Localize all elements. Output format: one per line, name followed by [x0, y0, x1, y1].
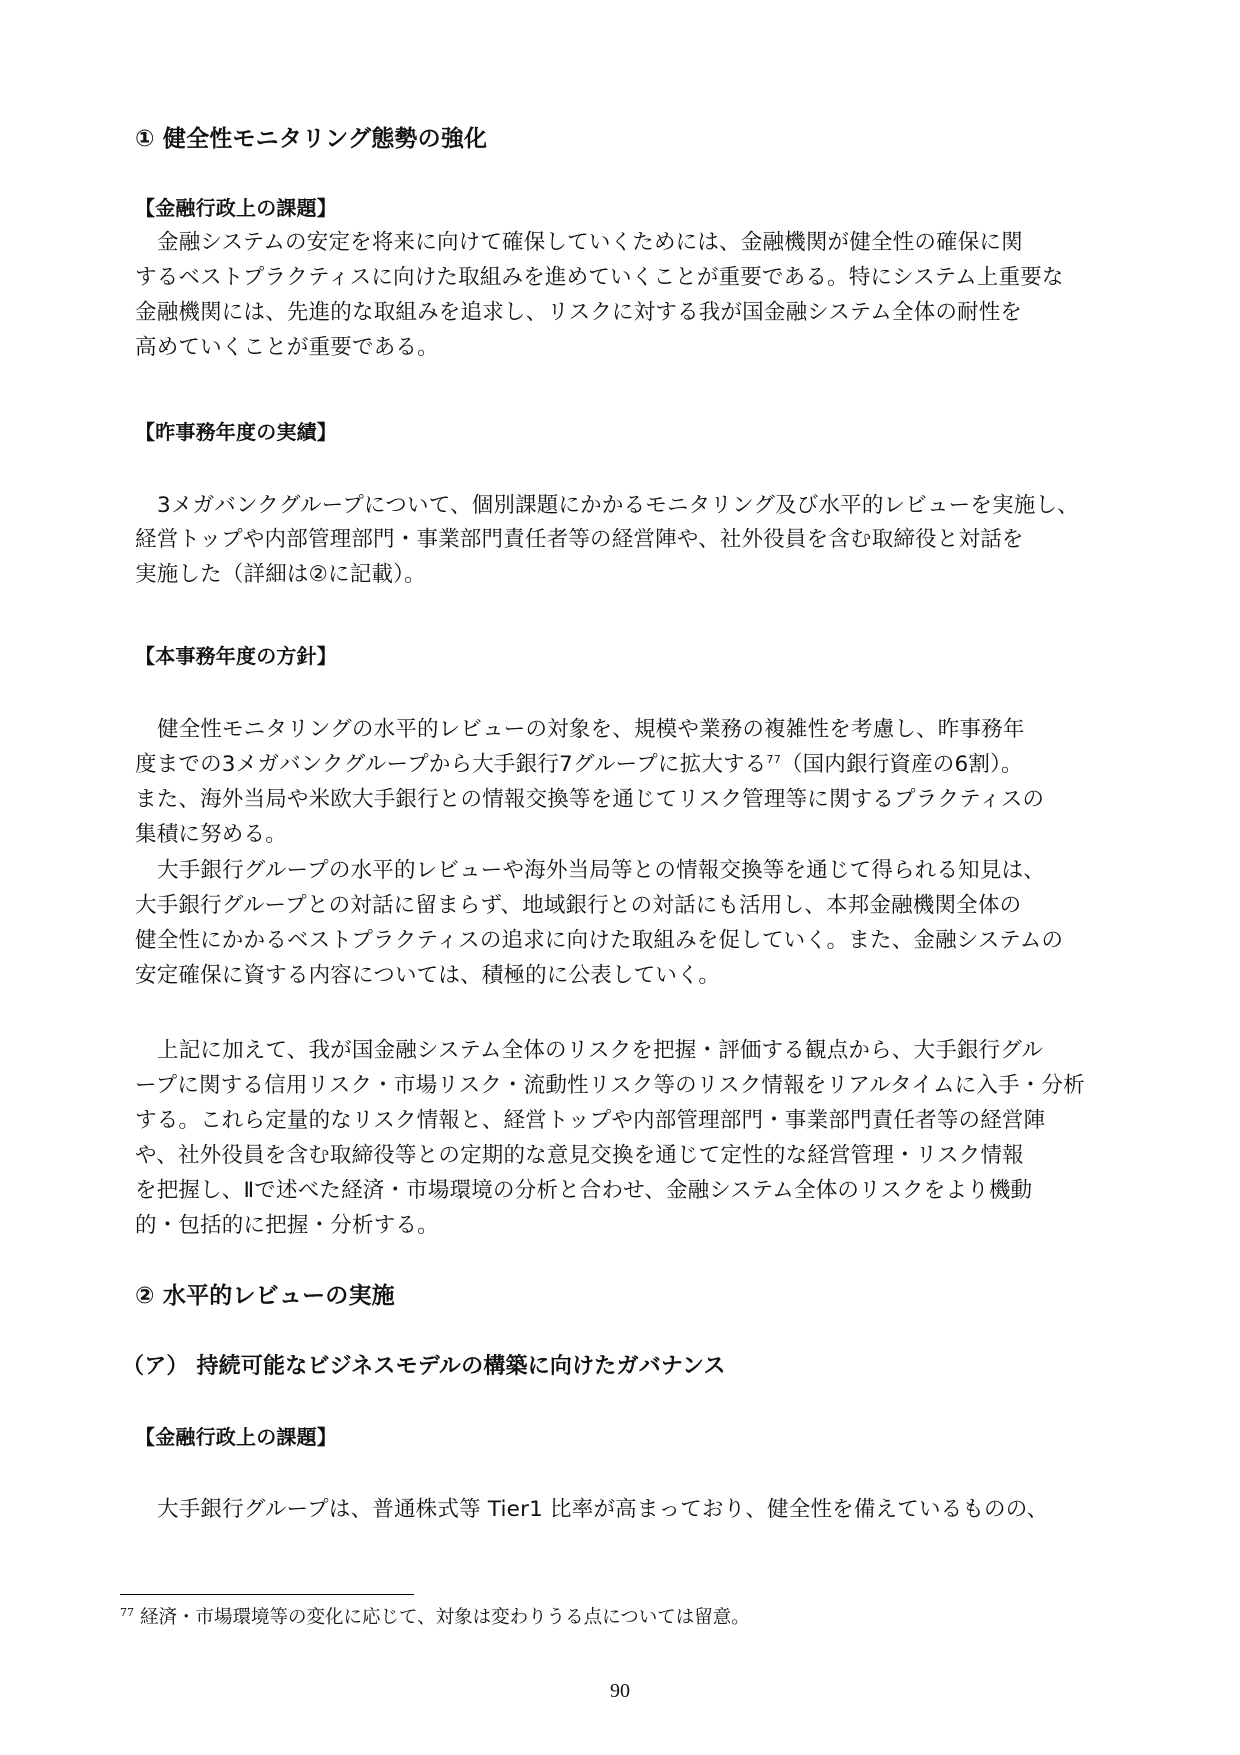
paragraph-line: ープに関する信用リスク・市場リスク・流動性リスク等のリスク情報をリアルタイムに入… [135, 1071, 1085, 1101]
sub-heading: （ア） 持続可能なビジネスモデルの構築に向けたガバナンス [122, 1352, 726, 1382]
paragraph-line: 大手銀行グループの水平的レビューや海外当局等との情報交換等を通じて得られる知見は… [157, 856, 1045, 886]
paragraph-line: 金融システムの安定を将来に向けて確保していくためには、金融機関が健全性の確保に関 [157, 228, 1023, 258]
paragraph-line: 上記に加えて、我が国金融システム全体のリスクを把握・評価する観点から、大手銀行グ… [157, 1036, 1043, 1066]
footnote-divider [120, 1594, 414, 1595]
paragraph-line: 安定確保に資する内容については、積極的に公表していく。 [135, 961, 720, 991]
paragraph-line: するベストプラクティスに向けた取組みを進めていくことが重要である。特にシステム上… [135, 263, 1064, 293]
paragraph-line: や、社外役員を含む取締役等との定期的な意見交換を通じて定性的な経営管理・リスク情… [135, 1141, 1024, 1171]
footnote: 77経済・市場環境等の変化に応じて、対象は変わりうる点については留意。 [120, 1605, 750, 1631]
line-text: （国内銀行資産の6割）。 [781, 752, 1023, 777]
paragraph-line: 金融機関には、先進的な取組みを追求し、リスクに対する我が国金融システム全体の耐性… [135, 298, 1022, 328]
subsection-label: 【金融行政上の課題】 [135, 1422, 337, 1452]
subsection-label: 【金融行政上の課題】 [135, 193, 337, 223]
paragraph-line: 大手銀行グループとの対話に留まらず、地域銀行との対話にも活用し、本邦金融機関全体… [135, 891, 1021, 921]
paragraph-line: 大手銀行グループは、普通株式等 Tier1 比率が高まっており、健全性を備えてい… [157, 1495, 1048, 1525]
page-number: 90 [600, 1680, 640, 1703]
paragraph-line: 実施した（詳細は②に記載）。 [135, 560, 426, 590]
paragraph-line: また、海外当局や米欧大手銀行との情報交換等を通じてリスク管理等に関するプラクティ… [135, 785, 1044, 815]
paragraph-line: 的・包括的に把握・分析する。 [135, 1211, 439, 1241]
paragraph-line: 高めていくことが重要である。 [135, 333, 439, 363]
subsection-label: 【昨事務年度の実績】 [135, 417, 337, 447]
footnote-text: 経済・市場環境等の変化に応じて、対象は変わりうる点については留意。 [140, 1607, 750, 1628]
paragraph-line: する。これら定量的なリスク情報と、経営トップや内部管理部門・事業部門責任者等の経… [135, 1106, 1045, 1136]
paragraph-line: 3メガバンクグループについて、個別課題にかかるモニタリング及び水平的レビューを実… [157, 491, 1079, 521]
footnote-number: 77 [120, 1606, 134, 1619]
footnote-reference[interactable]: 77 [767, 753, 781, 766]
subsection-label: 【本事務年度の方針】 [135, 641, 337, 671]
paragraph-line: を把握し、Ⅱで述べた経済・市場環境の分析と合わせ、金融システム全体のリスクをより… [135, 1176, 1032, 1206]
paragraph-line: 度までの3メガバンクグループから大手銀行7グループに拡大する77（国内銀行資産の… [135, 750, 1023, 780]
section-heading: ① 健全性モニタリング態勢の強化 [135, 123, 487, 155]
paragraph-line: 健全性モニタリングの水平的レビューの対象を、規模や業務の複雑性を考慮し、昨事務年 [157, 715, 1025, 745]
line-text: 度までの3メガバンクグループから大手銀行7グループに拡大する [135, 752, 767, 777]
section-heading: ② 水平的レビューの実施 [135, 1280, 395, 1312]
paragraph-line: 集積に努める。 [135, 820, 287, 850]
paragraph-line: 健全性にかかるベストプラクティスの追求に向けた取組みを促していく。また、金融シス… [135, 926, 1063, 956]
document-page: ① 健全性モニタリング態勢の強化 【金融行政上の課題】 金融システムの安定を将来… [0, 0, 1240, 1755]
paragraph-line: 経営トップや内部管理部門・事業部門責任者等の経営陣や、社外役員を含む取締役と対話… [135, 525, 1024, 555]
